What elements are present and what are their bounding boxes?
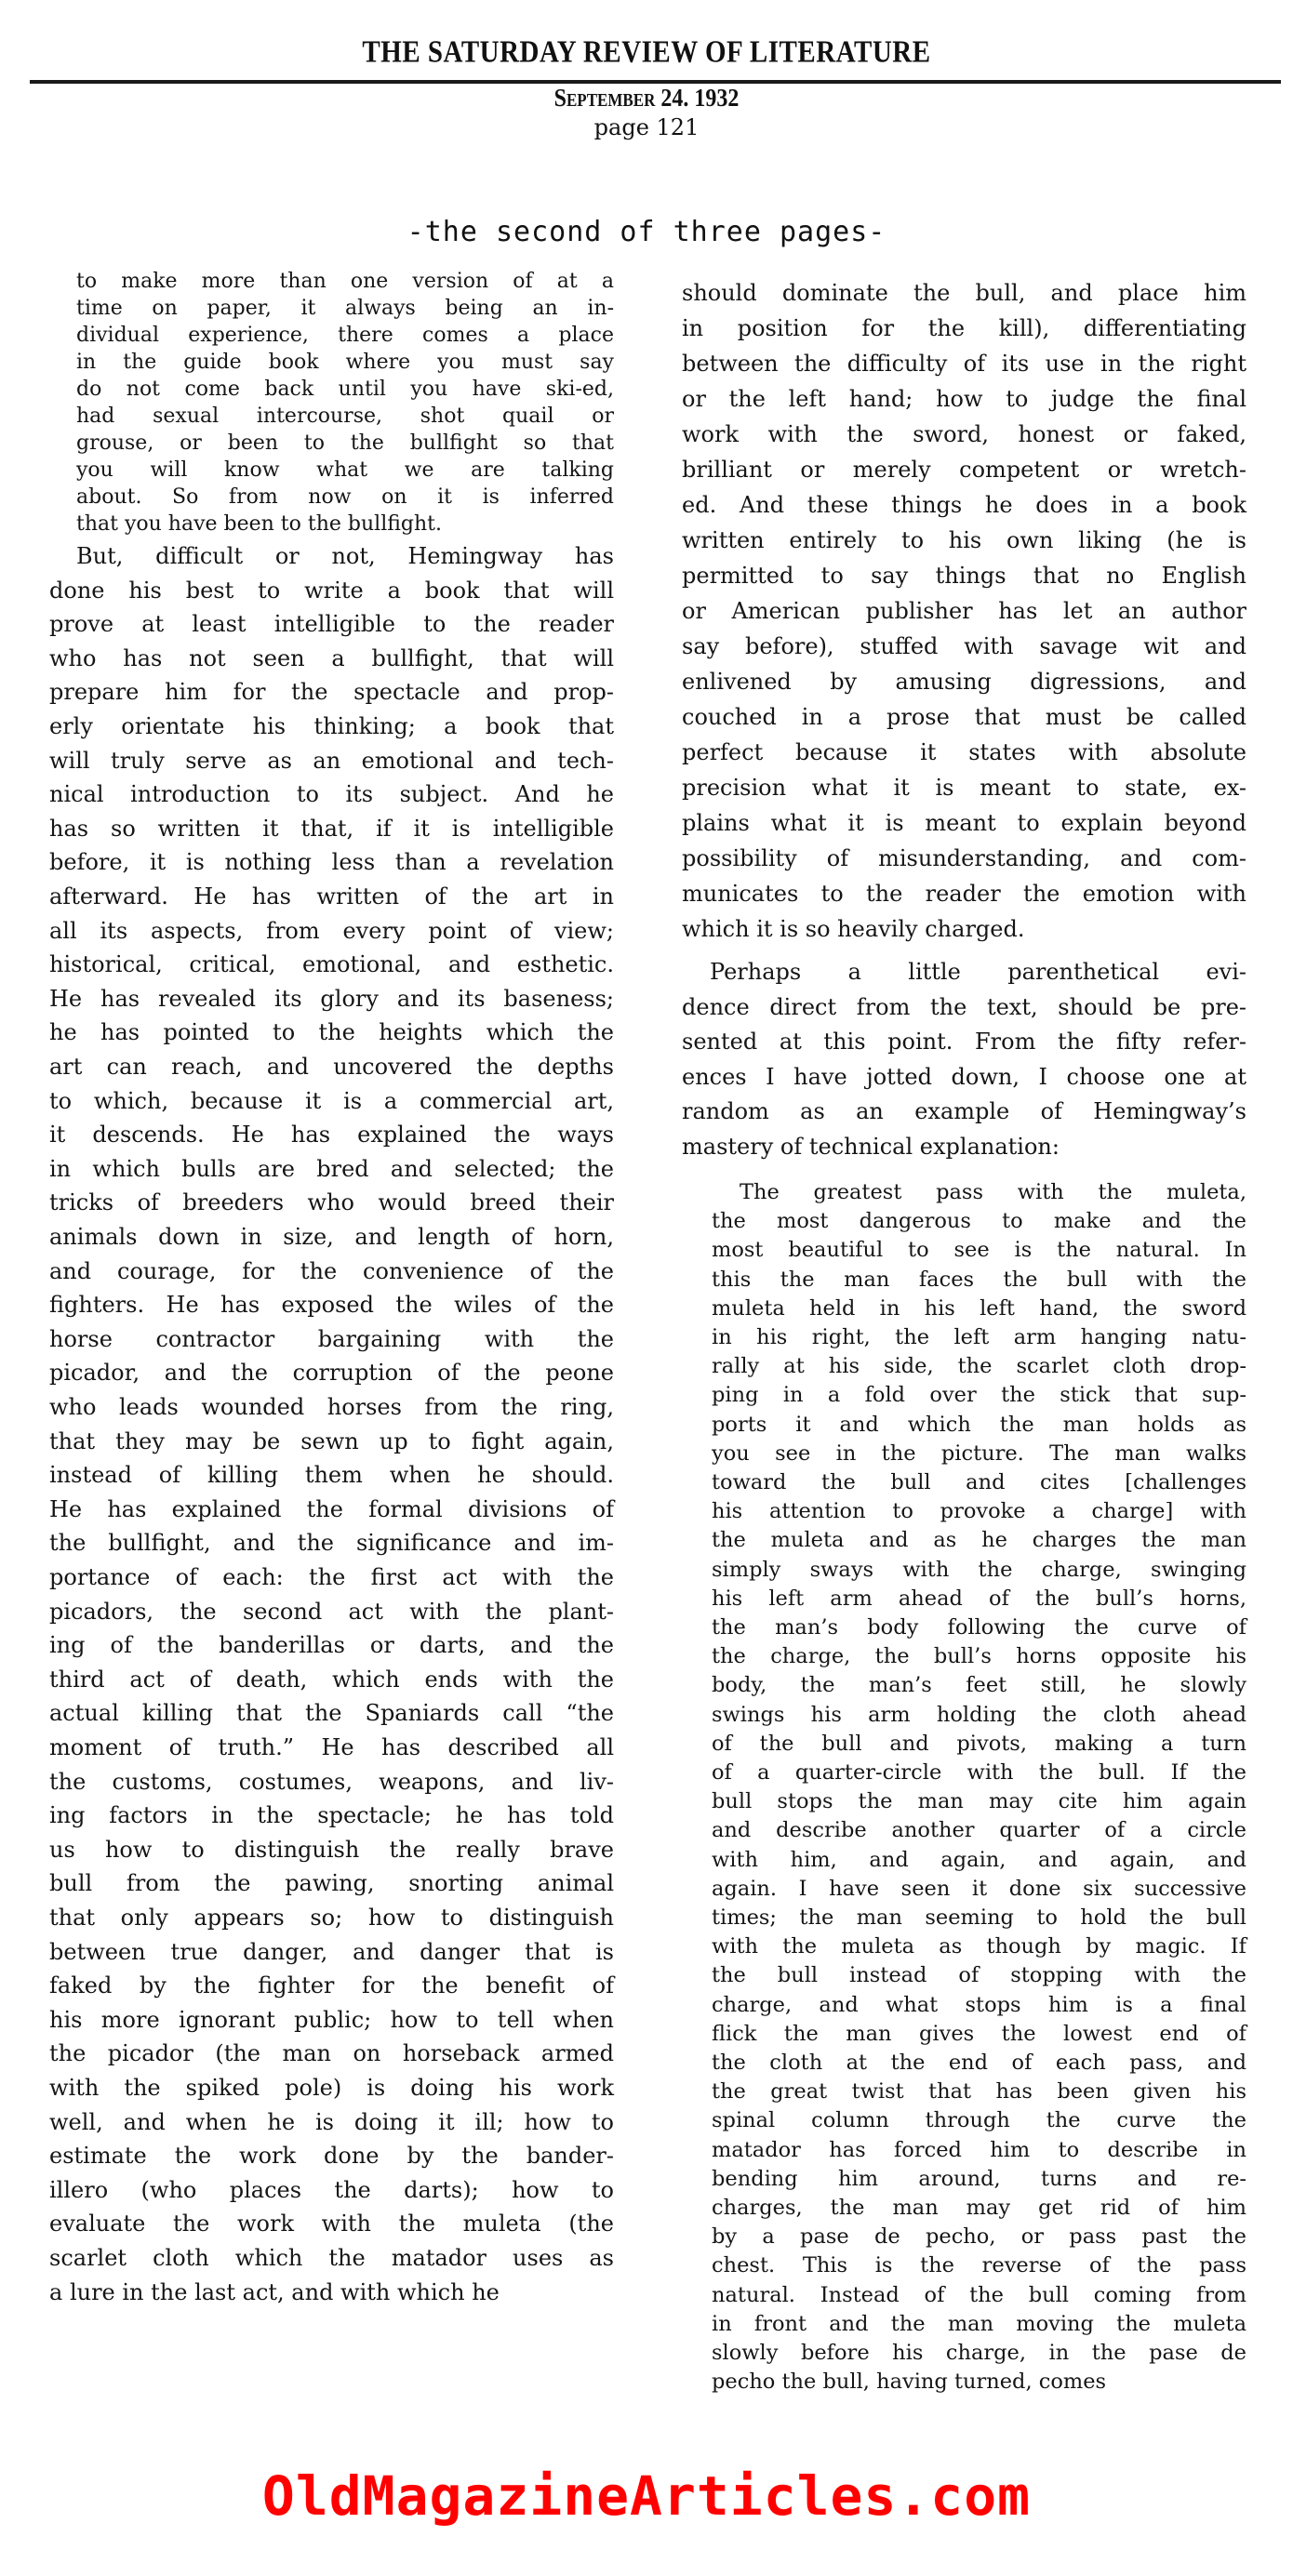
- text-line: has so written it that, if it is intelli…: [49, 812, 614, 846]
- text-line: about. So from now on it is inferred: [76, 484, 614, 511]
- page-subtitle: -the second of three pages-: [0, 216, 1293, 248]
- text-line: picadors, the second act with the plant-: [49, 1595, 614, 1629]
- text-line: ed. And these things he does in a book: [682, 487, 1246, 523]
- text-line: the bullfight, and the significance and …: [49, 1526, 614, 1560]
- text-line: instead of killing them when he should.: [49, 1458, 614, 1493]
- text-line: art can reach, and uncovered the depths: [49, 1050, 614, 1084]
- issue-date: September 24. 1932: [0, 85, 1293, 113]
- text-line: the charge, the bull’s horns opposite hi…: [712, 1642, 1246, 1671]
- text-line: bull stops the man may cite him again: [712, 1787, 1246, 1816]
- text-line: bull from the pawing, snorting animal: [49, 1866, 614, 1901]
- text-line: ports it and which the man holds as: [712, 1411, 1246, 1440]
- text-line: couched in a prose that must be called: [682, 699, 1246, 735]
- text-line: in position for the kill), differentiati…: [682, 311, 1246, 346]
- text-line: tricks of breeders who would breed their: [49, 1186, 614, 1220]
- text-line: swings his arm holding the cloth ahead: [712, 1701, 1246, 1730]
- text-line: us how to distinguish the really brave: [49, 1833, 614, 1867]
- text-line: Perhaps a little parenthetical evi-: [710, 955, 1246, 990]
- text-line: body, the man’s feet still, he slowly: [712, 1671, 1246, 1700]
- text-line: charge, and what stops him is a final: [712, 1991, 1246, 2020]
- text-line: rally at his side, the scarlet cloth dro…: [712, 1352, 1246, 1381]
- text-line: charges, the man may get rid of him: [712, 2194, 1246, 2223]
- text-line: afterward. He has written of the art in: [49, 880, 614, 914]
- text-line: done his best to write a book that will: [49, 574, 614, 608]
- text-line: you see in the picture. The man walks: [712, 1440, 1246, 1468]
- text-line: ping in a fold over the stick that sup-: [712, 1381, 1246, 1410]
- text-line: he has pointed to the heights which the: [49, 1016, 614, 1050]
- text-line: horse contractor bargaining with the: [49, 1322, 614, 1357]
- text-line: you will know what we are talking: [76, 457, 614, 484]
- text-line: should dominate the bull, and place him: [682, 275, 1246, 311]
- text-line: or the left hand; how to judge the final: [682, 381, 1246, 417]
- text-line: illero (who places the darts); how to: [49, 2173, 614, 2208]
- text-line: with the muleta as though by magic. If: [712, 1932, 1246, 1961]
- text-line: ences I have jotted down, I choose one a…: [682, 1060, 1246, 1095]
- text-line: bending him around, turns and re-: [712, 2165, 1246, 2194]
- text-line: the most dangerous to make and the: [712, 1207, 1246, 1236]
- text-line: say before), stuffed with savage wit and: [682, 629, 1246, 664]
- text-line: well, and when he is doing it ill; how t…: [49, 2105, 614, 2140]
- text-line: estimate the work done by the bander-: [49, 2139, 614, 2173]
- text-line: historical, critical, emotional, and est…: [49, 948, 614, 982]
- text-line: matador has forced him to describe in: [712, 2136, 1246, 2165]
- text-line: chest. This is the reverse of the pass: [712, 2251, 1246, 2280]
- text-line: plains what it is meant to explain beyon…: [682, 805, 1246, 841]
- text-line: between the difficulty of its use in the…: [682, 346, 1246, 381]
- text-line: the cloth at the end of each pass, and: [712, 2049, 1246, 2078]
- text-line: brilliant or merely competent or wretch-: [682, 452, 1246, 487]
- text-line: in front and the man moving the muleta: [712, 2310, 1246, 2339]
- text-line: third act of death, which ends with the: [49, 1663, 614, 1697]
- text-line: slowly before his charge, in the pase de: [712, 2339, 1246, 2368]
- text-line: of the bull and pivots, making a turn: [712, 1730, 1246, 1759]
- text-line: The greatest pass with the muleta,: [740, 1178, 1246, 1207]
- text-line: times; the man seeming to hold the bull: [712, 1904, 1246, 1932]
- text-line: the man’s body following the curve of: [712, 1613, 1246, 1642]
- text-line: pecho the bull, having turned, comes: [712, 2368, 1246, 2397]
- text-line: this the man faces the bull with the: [712, 1266, 1246, 1295]
- text-line: do not come back until you have ski-ed,: [76, 376, 614, 403]
- text-line: muleta held in his left hand, the sword: [712, 1295, 1246, 1323]
- text-line: time on paper, it always being an in-: [76, 295, 614, 322]
- page-number: page 121: [0, 114, 1293, 140]
- text-line: the bull instead of stopping with the: [712, 1961, 1246, 1990]
- text-line: work with the sword, honest or faked,: [682, 417, 1246, 452]
- text-line: ing factors in the spectacle; he has tol…: [49, 1799, 614, 1833]
- text-line: to which, because it is a commercial art…: [49, 1084, 614, 1119]
- masthead-rule: [30, 80, 1281, 84]
- text-line: scarlet cloth which the matador uses as: [49, 2241, 614, 2276]
- text-line: He has explained the formal divisions of: [49, 1493, 614, 1527]
- text-line: or American publisher has let an author: [682, 593, 1246, 629]
- text-line: prepare him for the spectacle and prop-: [49, 675, 614, 710]
- text-line: possibility of misunderstanding, and com…: [682, 841, 1246, 876]
- text-line: sented at this point. From the fifty ref…: [682, 1025, 1246, 1060]
- text-line: actual killing that the Spaniards call “…: [49, 1696, 614, 1731]
- text-line: between true danger, and danger that is: [49, 1935, 614, 1970]
- text-line: permitted to say things that no English: [682, 558, 1246, 593]
- text-line: But, difficult or not, Hemingway has: [76, 539, 614, 574]
- text-line: simply sways with the charge, swinging: [712, 1556, 1246, 1585]
- text-line: random as an example of Hemingway’s: [682, 1095, 1246, 1130]
- text-line: animals down in size, and length of horn…: [49, 1220, 614, 1255]
- text-line: nical introduction to its subject. And h…: [49, 777, 614, 812]
- text-line: moment of truth.” He has described all: [49, 1731, 614, 1765]
- text-line: natural. Instead of the bull coming from: [712, 2281, 1246, 2310]
- text-line: the muleta and as he charges the man: [712, 1526, 1246, 1555]
- text-line: that they may be sewn up to fight again,: [49, 1425, 614, 1459]
- text-line: before, it is nothing less than a revela…: [49, 845, 614, 880]
- text-line: prove at least intelligible to the reade…: [49, 607, 614, 642]
- text-line: evaluate the work with the muleta (the: [49, 2207, 614, 2241]
- text-line: by a pase de pecho, or pass past the: [712, 2223, 1246, 2251]
- text-line: He has revealed its glory and its basene…: [49, 982, 614, 1016]
- text-line: in which bulls are bred and selected; th…: [49, 1152, 614, 1187]
- text-line: again. I have seen it done six successiv…: [712, 1875, 1246, 1904]
- text-line: municates to the reader the emotion with: [682, 876, 1246, 911]
- text-line: will truly serve as an emotional and tec…: [49, 744, 614, 778]
- text-line: that you have been to the bullfight.: [76, 511, 614, 538]
- text-line: dividual experience, there comes a place: [76, 322, 614, 349]
- text-line: grouse, or been to the bullfight so that: [76, 430, 614, 457]
- text-line: who leads wounded horses from the ring,: [49, 1390, 614, 1425]
- text-line: fighters. He has exposed the wiles of th…: [49, 1288, 614, 1322]
- text-line: to make more than one version of at a: [76, 268, 614, 295]
- text-line: enlivened by amusing digressions, and: [682, 664, 1246, 699]
- text-line: spinal column through the curve the: [712, 2106, 1246, 2135]
- text-line: with him, and again, and again, and: [712, 1846, 1246, 1875]
- text-line: dence direct from the text, should be pr…: [682, 990, 1246, 1026]
- text-line: mastery of technical explanation:: [682, 1130, 1246, 1165]
- text-line: which it is so heavily charged.: [682, 911, 1246, 947]
- text-line: of a quarter-circle with the bull. If th…: [712, 1759, 1246, 1787]
- text-line: and describe another quarter of a circle: [712, 1816, 1246, 1845]
- text-line: perfect because it states with absolute: [682, 735, 1246, 770]
- text-line: faked by the fighter for the benefit of: [49, 1969, 614, 2003]
- text-line: that only appears so; how to distinguish: [49, 1901, 614, 1935]
- text-line: it descends. He has explained the ways: [49, 1118, 614, 1152]
- text-line: with the spiked pole) is doing his work: [49, 2071, 614, 2105]
- text-line: the customs, costumes, weapons, and liv-: [49, 1765, 614, 1799]
- text-line: the great twist that has been given his: [712, 2078, 1246, 2106]
- site-watermark: OldMagazineArticles.com: [0, 2464, 1293, 2528]
- text-line: a lure in the last act, and with which h…: [49, 2276, 614, 2310]
- text-line: portance of each: the first act with the: [49, 1560, 614, 1595]
- text-line: toward the bull and cites [challenges: [712, 1468, 1246, 1497]
- text-line: all its aspects, from every point of vie…: [49, 914, 614, 949]
- text-line: picador, and the corruption of the peone: [49, 1356, 614, 1390]
- text-line: his attention to provoke a charge] with: [712, 1497, 1246, 1526]
- text-line: precision what it is meant to state, ex-: [682, 770, 1246, 805]
- text-line: the picador (the man on horseback armed: [49, 2037, 614, 2071]
- text-line: flick the man gives the lowest end of: [712, 2020, 1246, 2049]
- text-line: his more ignorant public; how to tell wh…: [49, 2003, 614, 2038]
- text-line: in the guide book where you must say: [76, 349, 614, 376]
- masthead-title: THE SATURDAY REVIEW OF LITERATURE: [0, 35, 1293, 71]
- text-line: ing of the banderillas or darts, and the: [49, 1628, 614, 1663]
- text-line: who has not seen a bullfight, that will: [49, 642, 614, 676]
- text-line: most beautiful to see is the natural. In: [712, 1236, 1246, 1265]
- text-line: his left arm ahead of the bull’s horns,: [712, 1585, 1246, 1613]
- text-line: and courage, for the convenience of the: [49, 1255, 614, 1289]
- text-line: written entirely to his own liking (he i…: [682, 523, 1246, 558]
- text-line: in his right, the left arm hanging natu-: [712, 1323, 1246, 1352]
- text-line: had sexual intercourse, shot quail or: [76, 403, 614, 430]
- text-line: erly orientate his thinking; a book that: [49, 710, 614, 744]
